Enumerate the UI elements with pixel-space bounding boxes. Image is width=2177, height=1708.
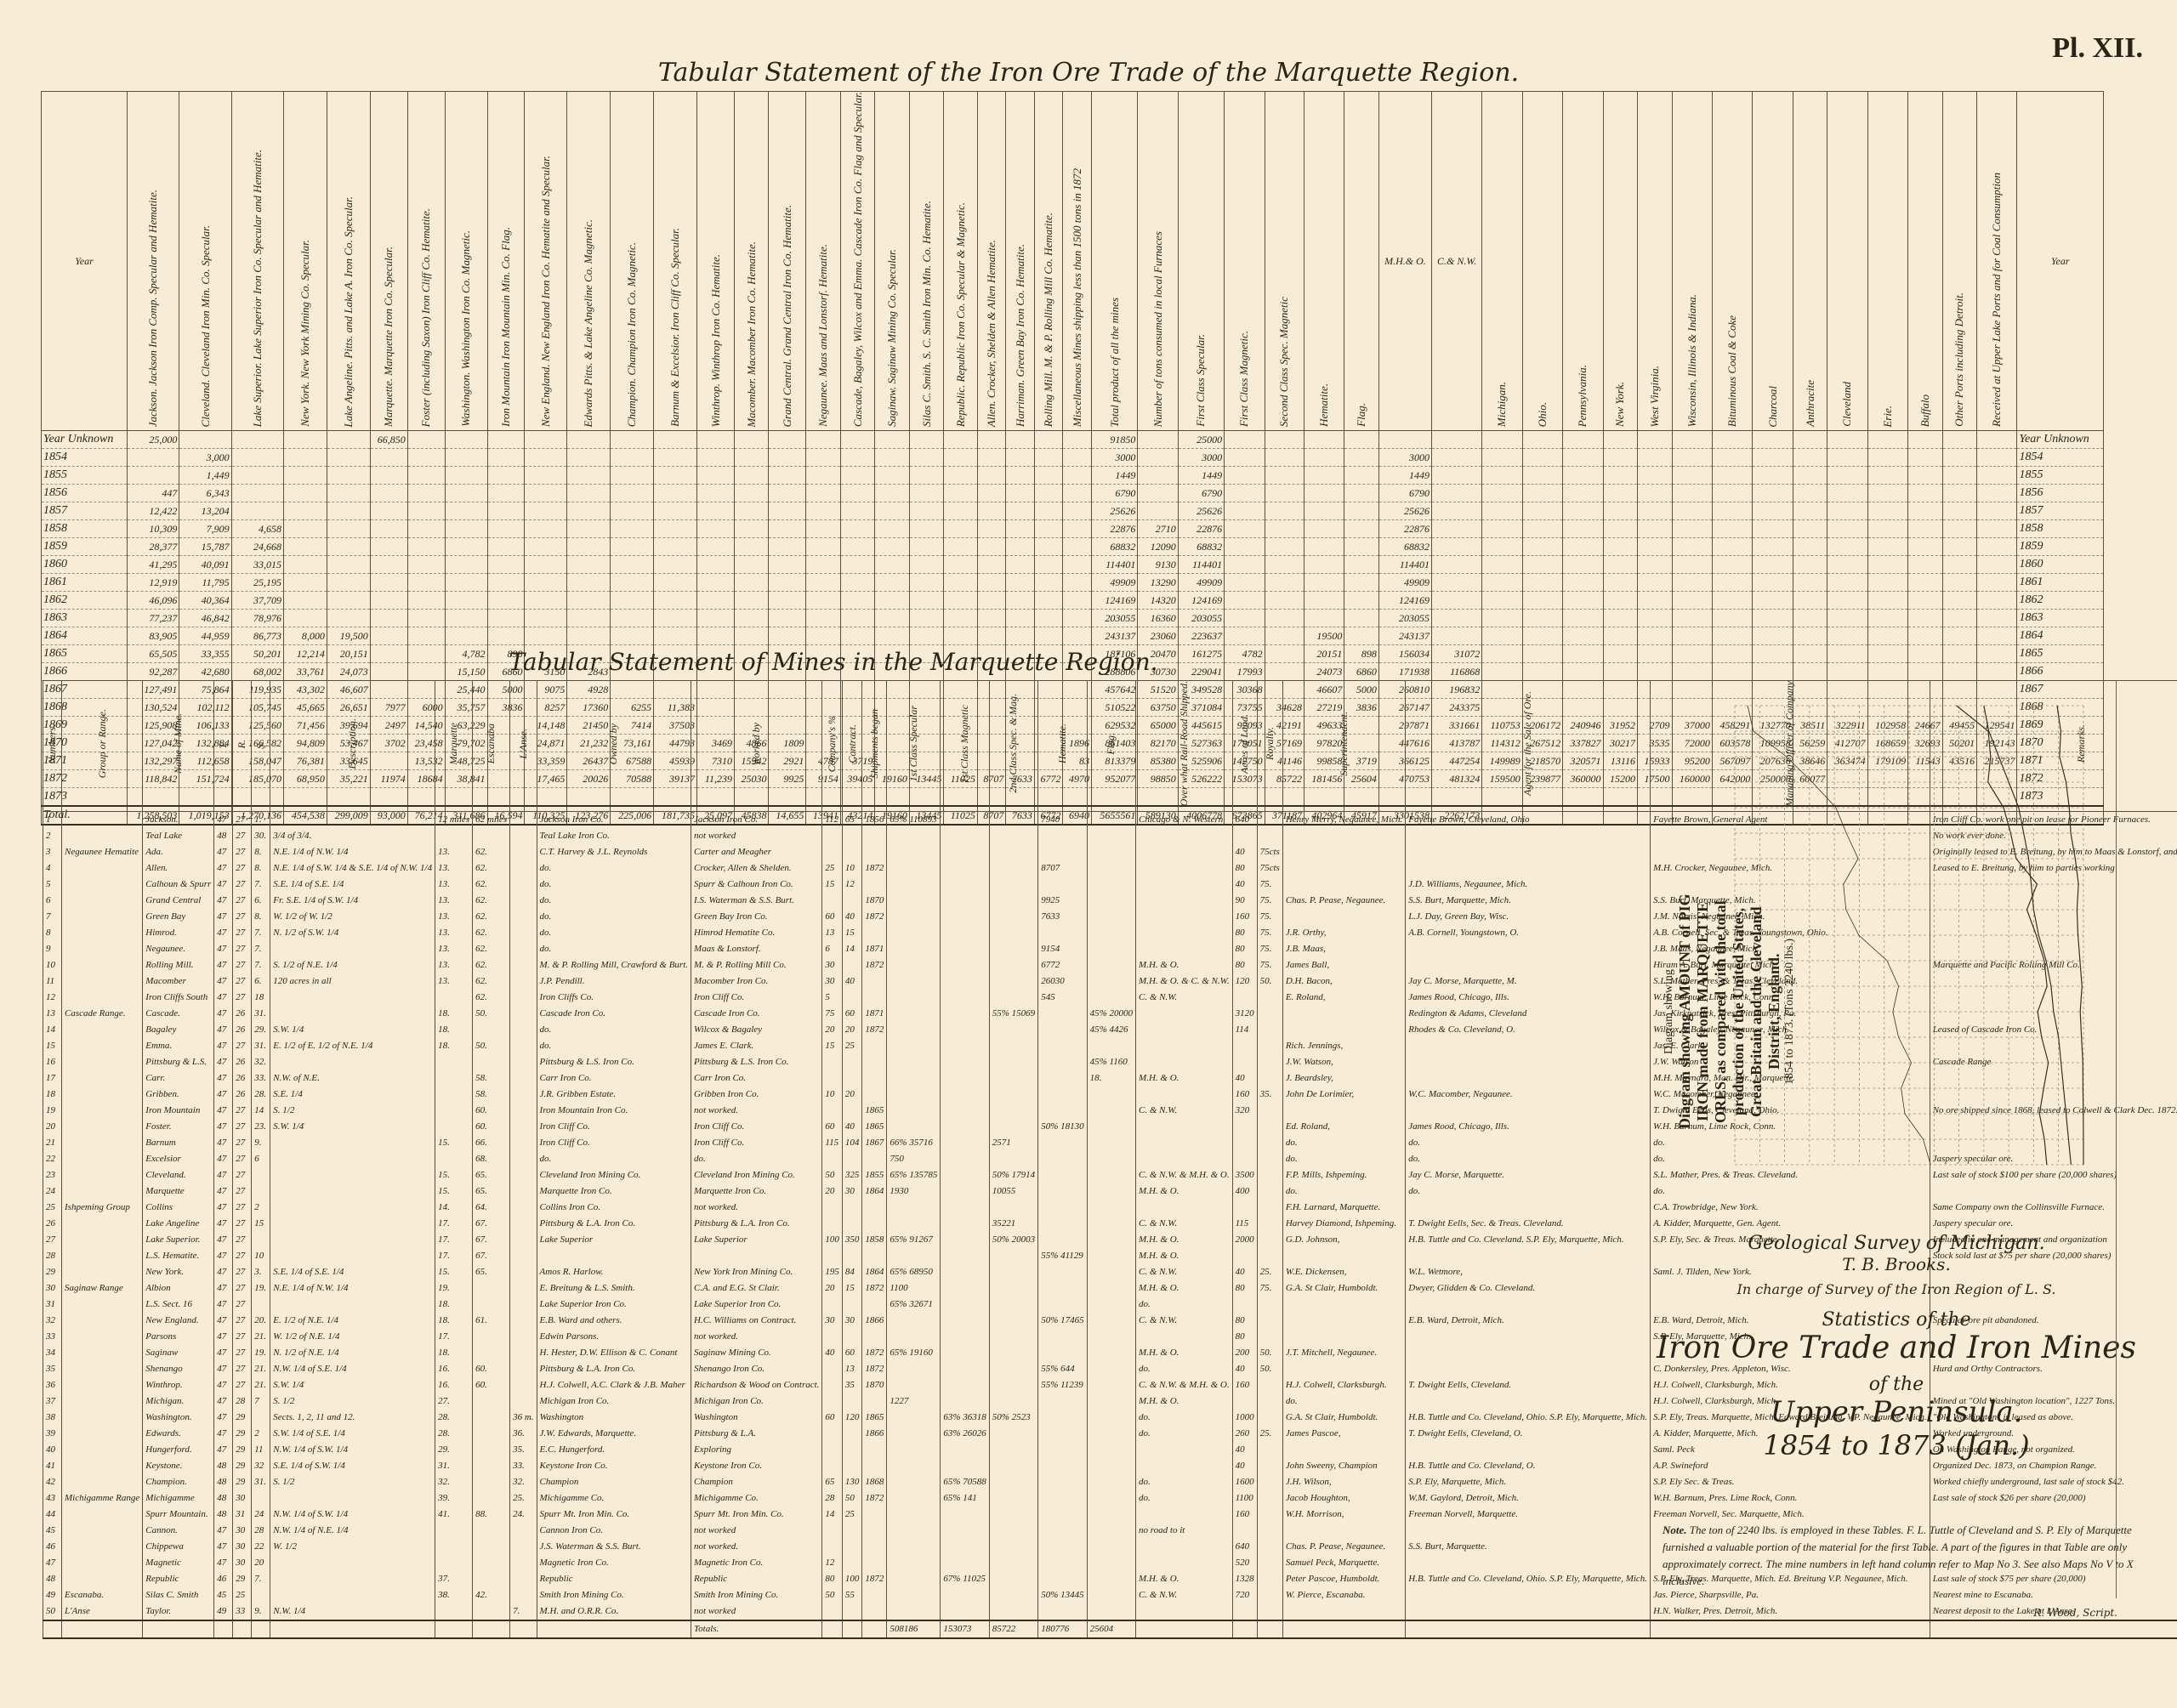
mine-cell-flag: 45% 4426 [1087, 1022, 1135, 1038]
value-cell [1942, 556, 1976, 574]
mine-cell-n: 50 [43, 1603, 62, 1620]
mine-cell-agent [1406, 1329, 1651, 1345]
mine-cell-desc [270, 1587, 435, 1603]
value-cell [525, 538, 567, 556]
mine-cell-desc: S.E. 1/4 of S.E. 1/4 [270, 877, 435, 893]
header-label: R. [236, 740, 248, 748]
value-cell [1482, 502, 1522, 520]
mine-cell-fcs [887, 1571, 941, 1587]
mine-cell-began [862, 1587, 887, 1603]
value-cell [977, 627, 1006, 645]
mine-cell-desc [270, 1490, 435, 1507]
mine-cell-rr: Chicago & N. Western [1136, 811, 1233, 828]
mine-cell-name: Negaunee. [143, 941, 214, 957]
mine-cell-roy [1257, 1523, 1282, 1539]
mine-cell-roy [1257, 1167, 1282, 1183]
mine-cell-fcs [887, 877, 941, 893]
mine-cell-group [62, 1377, 143, 1393]
mines-total-cell [862, 1620, 887, 1638]
value-cell [1712, 502, 1752, 520]
value-cell [1482, 538, 1522, 556]
mine-cell-men: 60 [822, 909, 843, 925]
value-cell [1482, 520, 1522, 538]
mine-cell-acres [1232, 1119, 1257, 1135]
mine-cell-mq: 18. [435, 1038, 473, 1054]
value-cell [1006, 592, 1035, 610]
mine-cell-r: 27 [233, 1329, 252, 1345]
mine-cell-fcm [941, 1539, 989, 1555]
value-cell [1672, 431, 1712, 449]
mine-cell-owned: do. [537, 1038, 691, 1054]
value-cell [1265, 467, 1304, 485]
mine-cell-mq: 39. [435, 1490, 473, 1507]
statistics-of-the: Statistics of the [1641, 1309, 2151, 1331]
mine-cell-fcs: 1930 [887, 1183, 941, 1200]
value-cell [1942, 485, 1976, 502]
value-cell [1793, 431, 1827, 449]
mine-cell-roy [1257, 1006, 1282, 1022]
mine-column-label: Negaunee. Maas and Lonstorf. Hematite. [816, 244, 830, 427]
value-cell [1344, 485, 1378, 502]
trade-row: 185712,42213,2042562625626256261857 [42, 502, 2104, 520]
mine-cell-r: 27 [233, 909, 252, 925]
mine-cell-n: 32 [43, 1313, 62, 1329]
value-cell [283, 592, 327, 610]
mine-cell-worked: Wilcox & Bagaley [691, 1022, 822, 1038]
mine-cell-t: 47 [214, 1442, 233, 1458]
mine-cell-mq: 38. [435, 1587, 473, 1603]
value-cell [370, 467, 407, 485]
value-cell [1672, 467, 1712, 485]
mine-cell-name: Iron Cliffs South [143, 990, 214, 1006]
value-cell [1522, 574, 1562, 592]
value-cell [1563, 574, 1603, 592]
mine-cell-men: 50 [822, 1167, 843, 1183]
value-cell: 223637 [1178, 627, 1224, 645]
mine-cell-n: 24 [43, 1183, 62, 1200]
mine-cell-t: 47 [214, 1151, 233, 1167]
mine-cell-scs: 35221 [989, 1216, 1037, 1232]
mine-cell-rr: do. [1136, 1426, 1233, 1442]
mine-cell-con [842, 1070, 862, 1087]
mine-cell-la [510, 1329, 537, 1345]
value-cell [1063, 538, 1092, 556]
mines-column-header-acres: Acres of Land. [1232, 681, 1257, 812]
mine-cell-scs [989, 1022, 1037, 1038]
state-label: Pennsylvania. [1576, 365, 1589, 427]
value-cell [654, 538, 697, 556]
mine-cell-t: 48 [214, 828, 233, 844]
ore-kind-label: Hematite. [1317, 383, 1331, 427]
mine-cell-group [62, 1135, 143, 1151]
mine-row: 43Michigamme RangeMichigamme483039.25.Mi… [43, 1490, 2177, 1507]
mine-cell-desc [270, 1232, 435, 1248]
mine-cell-con [842, 1603, 862, 1620]
mine-cell-agent: S.S. Burt, Marquette. [1406, 1539, 1651, 1555]
value-cell [370, 574, 407, 592]
value-cell: 1,449 [179, 467, 231, 485]
header-label: Owned by [607, 723, 620, 764]
mine-cell-agent [1406, 1587, 1651, 1603]
value-cell [1006, 449, 1035, 467]
mine-cell-rr [1136, 1539, 1233, 1555]
mine-cell-hem [1038, 1410, 1087, 1426]
mine-cell-rr [1136, 844, 1233, 860]
value-cell: 11,795 [179, 574, 231, 592]
value-cell [611, 574, 654, 592]
mine-cell-super: J.T. Mitchell, Negaunee. [1282, 1345, 1405, 1361]
mine-cell-con: 65 [842, 811, 862, 828]
mine-cell-name: Rolling Mill. [143, 957, 214, 973]
value-cell [327, 520, 370, 538]
value-cell [1034, 556, 1063, 574]
header-label: 1st Class Magnetic [958, 705, 971, 783]
value-cell [1753, 449, 1793, 467]
mine-cell-began: 1855 [862, 1167, 887, 1183]
mine-cell-super: Ed. Roland, [1282, 1119, 1405, 1135]
mine-column-label: Foster (including Saxon) Iron Cliff Co. … [419, 208, 433, 427]
mine-cell-con: 20 [842, 1022, 862, 1038]
mine-cell-worked: Himrod Hematite Co. [691, 925, 822, 941]
mine-cell-roy [1257, 1232, 1282, 1248]
value-cell [1908, 538, 1942, 556]
value-cell [806, 520, 840, 538]
mine-cell-flag [1087, 1297, 1135, 1313]
value-cell [525, 485, 567, 502]
mine-cell-men [822, 1216, 843, 1232]
mine-row: 25Ishpeming GroupCollins4727214.64.Colli… [43, 1200, 2177, 1216]
value-cell [327, 467, 370, 485]
mine-cell-name: Michigan. [143, 1393, 214, 1410]
mine-cell-con [842, 1426, 862, 1442]
mine-cell-group [62, 1393, 143, 1410]
mine-cell-es [473, 1490, 510, 1507]
mine-cell-agent: Dwyer, Glidden & Co. Cleveland. [1406, 1280, 1651, 1297]
value-cell [1753, 592, 1793, 610]
mine-cell-r: 29 [233, 1571, 252, 1587]
mine-cell-s [252, 1232, 270, 1248]
mine-cell-s: 20 [252, 1555, 270, 1571]
value-cell [909, 556, 943, 574]
mine-cell-began: 1872 [862, 1022, 887, 1038]
mine-cell-acres [1232, 1151, 1257, 1167]
year-cell-right: 1858 [2017, 520, 2104, 538]
value-cell [840, 610, 874, 627]
value-cell [1344, 592, 1378, 610]
value-cell [1827, 431, 1867, 449]
value-cell: 1449 [1178, 467, 1224, 485]
engraver-signature: R. Wood, Script. [2033, 1607, 2117, 1619]
year-cell: 1859 [42, 538, 128, 556]
mine-cell-la [510, 1006, 537, 1022]
value-cell [1063, 627, 1092, 645]
mine-cell-roy [1257, 1490, 1282, 1507]
mine-cell-worked: Iron Cliff Co. [691, 990, 822, 1006]
mine-cell-rr: C. & N.W. [1136, 1587, 1233, 1603]
value-cell [654, 520, 697, 538]
value-cell [1034, 627, 1063, 645]
note-block: Note. The ton of 2240 lbs. is employed i… [1663, 1522, 2156, 1590]
mine-cell-men [822, 1603, 843, 1620]
mine-cell-roy [1257, 1135, 1282, 1151]
value-cell [1827, 467, 1867, 485]
header-label: Hematite. [1056, 723, 1069, 763]
mine-cell-acres: 120 [1232, 973, 1257, 990]
mine-cell-fcs: 66% 35716 [887, 1135, 941, 1151]
year-cell-right: 1862 [2017, 592, 2104, 610]
mine-cell-la [510, 893, 537, 909]
value-cell [1753, 574, 1793, 592]
value-cell: 124169 [1092, 592, 1138, 610]
mine-cell-fcs [887, 1119, 941, 1135]
mine-column-header: New York. New York Mining Co. Specular. [283, 92, 327, 431]
mine-cell-acres: 80 [1232, 941, 1257, 957]
value-cell [1563, 538, 1603, 556]
mine-cell-began [862, 1442, 887, 1458]
mine-cell-fcm [941, 1022, 989, 1038]
mines-total-cell [252, 1620, 270, 1638]
mine-cell-name: Marquette [143, 1183, 214, 1200]
mine-cell-owned: Smith Iron Mining Co. [537, 1587, 691, 1603]
mine-cell-scs [989, 909, 1037, 925]
mine-cell-fcs [887, 1200, 941, 1216]
mine-cell-s: 3. [252, 1264, 270, 1280]
fuel-header: Anthracite [1793, 92, 1827, 431]
mine-cell-remarks [1930, 1507, 2177, 1523]
value-cell [1827, 538, 1867, 556]
value-cell [840, 502, 874, 520]
summary-column-header: Miscellaneous Mines shipping less than 1… [1063, 92, 1092, 431]
mine-cell-la [510, 1345, 537, 1361]
value-cell: 40,091 [179, 556, 231, 574]
mine-cell-worked: Iron Cliff Co. [691, 1135, 822, 1151]
mine-cell-roy: 75. [1257, 957, 1282, 973]
mine-cell-es [473, 828, 510, 844]
value-cell: 68832 [1378, 538, 1431, 556]
mine-cell-r: 33 [233, 1603, 252, 1620]
mine-cell-r: 30 [233, 1555, 252, 1571]
mine-cell-worked: Pittsburg & L.S. Iron Co. [691, 1054, 822, 1070]
mine-cell-owned: do. [537, 1022, 691, 1038]
mine-cell-worked: not worked. [691, 1200, 822, 1216]
mine-cell-n: 27 [43, 1232, 62, 1248]
value-cell [567, 520, 611, 538]
mine-cell-hem [1038, 1232, 1087, 1248]
mine-cell-desc: S.W. 1/4 [270, 1119, 435, 1135]
mine-cell-es [473, 1410, 510, 1426]
mine-cell-owned: Iron Cliffs Co. [537, 990, 691, 1006]
mine-cell-agent [1406, 1361, 1651, 1377]
mine-cell-t: 47 [214, 1200, 233, 1216]
mine-cell-es: 58. [473, 1070, 510, 1087]
mine-cell-scs [989, 1507, 1037, 1523]
mine-cell-men [822, 1054, 843, 1070]
mine-cell-hem [1038, 1054, 1087, 1070]
mines-totals-row: Totals.5081861530738572218077625604 [43, 1620, 2177, 1638]
value-cell [1977, 610, 2017, 627]
mines-total-cell [214, 1620, 233, 1638]
mine-cell-t: 47 [214, 1345, 233, 1361]
mine-cell-group [62, 1313, 143, 1329]
mine-cell-fcm [941, 1458, 989, 1474]
value-cell: 6790 [1178, 485, 1224, 502]
mine-cell-desc: S.E. 1/4 of S.W. 1/4 [270, 1458, 435, 1474]
mine-cell-super: John Sweeny, Champion [1282, 1458, 1405, 1474]
mine-cell-fcs [887, 1329, 941, 1345]
value-cell [840, 627, 874, 645]
note-label: Note. [1663, 1524, 1687, 1536]
header-label: Shipments began [868, 709, 881, 779]
value-cell [1712, 610, 1752, 627]
year-cell: 1864 [42, 627, 128, 645]
mine-cell-roy [1257, 1248, 1282, 1264]
mine-cell-agent: Jay C. Morse, Marquette. [1406, 1167, 1651, 1183]
value-cell [1431, 556, 1481, 574]
mine-cell-desc: S.E. 1/4 of S.E. 1/4 [270, 1264, 435, 1280]
state-header: Michigan. [1482, 92, 1522, 431]
value-cell [283, 574, 327, 592]
mine-cell-r: 27 [233, 1200, 252, 1216]
value-cell [1063, 610, 1092, 627]
value-cell [1977, 502, 2017, 520]
mine-cell-n: 39 [43, 1426, 62, 1442]
mine-cell-hem: 55% 41129 [1038, 1248, 1087, 1264]
value-cell [1942, 574, 1976, 592]
value-cell [1603, 449, 1637, 467]
mine-row: 50L'AnseTaylor.49339.N.W. 1/47.M.H. and … [43, 1603, 2177, 1620]
mines-column-header-escanaba: Escanaba [473, 681, 510, 812]
mine-cell-es [473, 1297, 510, 1313]
mine-cell-rr [1136, 1038, 1233, 1054]
value-cell [1603, 467, 1637, 485]
value-cell [1006, 502, 1035, 520]
mine-cell-men: 13 [822, 925, 843, 941]
value-cell [1265, 610, 1304, 627]
mine-cell-remarks [1930, 1183, 2177, 1200]
mine-cell-name: Macomber [143, 973, 214, 990]
value-cell [1638, 520, 1672, 538]
mine-cell-fcs [887, 1426, 941, 1442]
mine-cell-s: 11 [252, 1442, 270, 1458]
mine-cell-scs [989, 1603, 1037, 1620]
value-cell [1753, 538, 1793, 556]
mine-cell-n: 35 [43, 1361, 62, 1377]
value-cell [875, 449, 909, 467]
value-cell [944, 467, 977, 485]
mine-cell-t: 47 [214, 1119, 233, 1135]
value-cell [1827, 645, 1867, 663]
mine-cell-con: 50 [842, 1490, 862, 1507]
mine-cell-name: Parsons [143, 1329, 214, 1345]
mine-cell-flag [1087, 1167, 1135, 1183]
mine-cell-t: 47 [214, 1410, 233, 1426]
diagram-subtitle: 1854 to 1873. (Tons 2240 lbs.) [1783, 893, 1797, 1131]
port-label: Cleveland [1840, 382, 1854, 427]
value-cell [909, 449, 943, 467]
mine-cell-super: Chas. P. Pease, Negaunee. [1282, 1539, 1405, 1555]
mine-cell-men: 100 [822, 1232, 843, 1248]
mine-column-header: Iron Mountain Iron Mountain Min. Co. Fla… [487, 92, 525, 431]
mines-column-header-railroad: Over what Rail-Road Shipped. [1136, 681, 1233, 812]
mine-cell-t: 47 [214, 925, 233, 941]
mine-column-label: Cleveland. Cleveland Iron Min. Co. Specu… [199, 225, 213, 427]
value-cell [1265, 520, 1304, 538]
value-cell [1265, 431, 1304, 449]
mine-cell-worked: Pittsburg & L.A. [691, 1426, 822, 1442]
author-name: T. B. Brooks. [1641, 1254, 2151, 1274]
mine-cell-flag [1087, 990, 1135, 1006]
mine-cell-con: 40 [842, 1119, 862, 1135]
mine-cell-roy [1257, 990, 1282, 1006]
mine-cell-men [822, 1426, 843, 1442]
mine-cell-mq: 16. [435, 1361, 473, 1377]
mine-cell-acres: 160 [1232, 1087, 1257, 1103]
value-cell [697, 431, 735, 449]
mine-cell-s: 10 [252, 1248, 270, 1264]
value-cell [806, 592, 840, 610]
mine-cell-scs [989, 1087, 1037, 1103]
mine-cell-con: 20 [842, 1087, 862, 1103]
mine-column-header: Saginaw. Saginaw Mining Co. Specular. [875, 92, 909, 431]
mine-cell-fcm [941, 1135, 989, 1151]
mine-cell-es [473, 1345, 510, 1361]
year-cell: 1856 [42, 485, 128, 502]
mine-cell-con: 25 [842, 1038, 862, 1054]
value-cell [840, 592, 874, 610]
mine-cell-n: 42 [43, 1474, 62, 1490]
mine-cell-fcm [941, 1264, 989, 1280]
mine-cell-fcs [887, 925, 941, 941]
mine-cell-fcs [887, 1490, 941, 1507]
value-cell [1563, 502, 1603, 520]
value-cell [1867, 610, 1907, 627]
mine-cell-t: 47 [214, 1264, 233, 1280]
value-cell [875, 592, 909, 610]
value-cell [283, 431, 327, 449]
value-cell: 33,015 [231, 556, 283, 574]
mine-cell-rr: M.H. & O. [1136, 1345, 1233, 1361]
mine-cell-flag [1087, 1393, 1135, 1410]
mine-column-label: Macomber. Macomber Iron Co. Hematite. [745, 241, 759, 428]
mine-cell-r: 25 [233, 1587, 252, 1603]
mine-cell-n: 33 [43, 1329, 62, 1345]
imprint-block: Geological Survey of Michigan. T. B. Bro… [1641, 1233, 2151, 1461]
mine-cell-desc: S. 1/2 of N.E. 1/4 [270, 957, 435, 973]
value-cell [1753, 627, 1793, 645]
mine-cell-la [510, 973, 537, 990]
mine-cell-con [842, 893, 862, 909]
value-cell [769, 592, 806, 610]
mine-cell-rr [1136, 1151, 1233, 1167]
mine-cell-t: 47 [214, 1006, 233, 1022]
mine-cell-mq: 15. [435, 1264, 473, 1280]
value-cell [1006, 627, 1035, 645]
mine-cell-officer: W.H. Barnum, Pres. Lime Rock, Conn. [1651, 1490, 1930, 1507]
value-cell [1753, 502, 1793, 520]
mine-cell-flag [1087, 1200, 1135, 1216]
mine-cell-la: 36 m. [510, 1410, 537, 1426]
value-cell [525, 574, 567, 592]
mines-column-header-owned: Owned by [537, 681, 691, 812]
mine-cell-flag [1087, 1232, 1135, 1248]
mine-cell-hem: 55% 644 [1038, 1361, 1087, 1377]
value-cell [1034, 574, 1063, 592]
value-cell [1265, 485, 1304, 502]
value-cell [1638, 431, 1672, 449]
mine-cell-roy [1257, 1070, 1282, 1087]
mine-cell-fcs [887, 941, 941, 957]
mine-cell-n: 20 [43, 1119, 62, 1135]
